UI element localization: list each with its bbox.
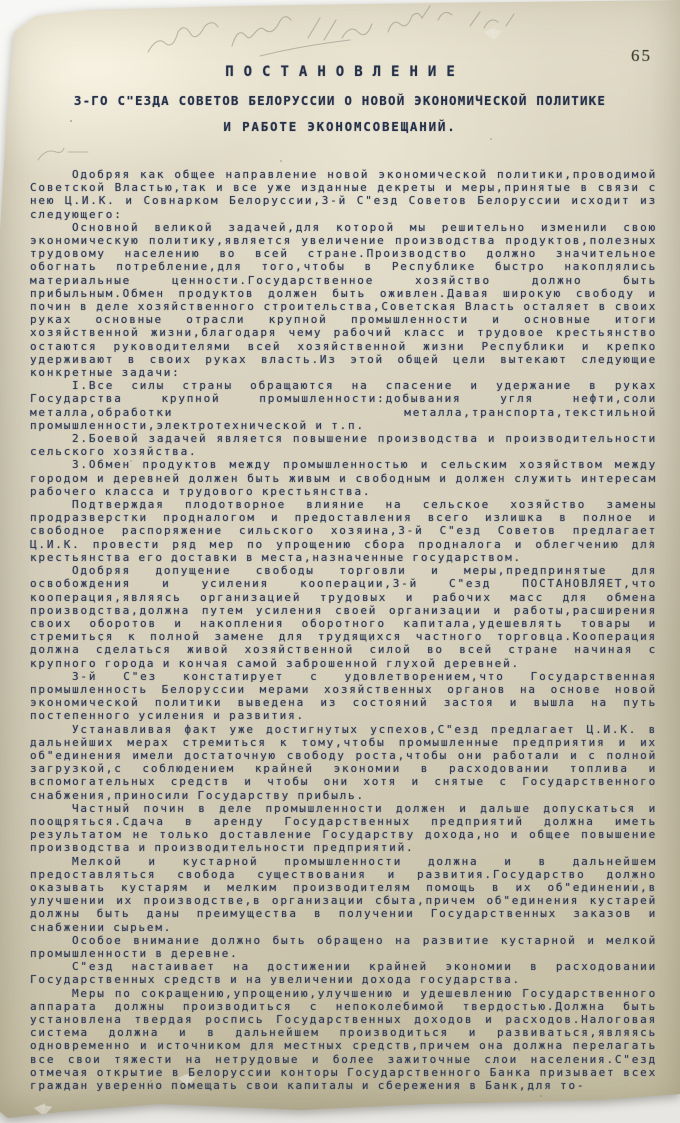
document-subtitle-line1: 3-ГО С"ЕЗДА СОВЕТОВ БЕЛОРУССИИ О НОВОЙ Э… [0, 93, 680, 108]
document-scan: 65 ПОСТАНОВЛЕНИЕ 3-ГО С"ЕЗДА СОВЕТОВ БЕЛ… [0, 0, 680, 1123]
page-number: 65 [631, 46, 652, 66]
page-content: 65 ПОСТАНОВЛЕНИЕ 3-ГО С"ЕЗДА СОВЕТОВ БЕЛ… [0, 0, 680, 1123]
paragraph-9: Устанавливая факт уже достигнутых успехо… [30, 723, 657, 802]
document-page: 65 ПОСТАНОВЛЕНИЕ 3-ГО С"ЕЗДА СОВЕТОВ БЕЛ… [0, 0, 680, 1123]
paragraph-12: Особое внимание должно быть обращено на … [30, 934, 657, 960]
paragraph-6: Подтверждая плодотворное влияние на сель… [30, 498, 657, 564]
paragraph-8: 3-й С"ез констатирует с удовлетворением,… [30, 670, 657, 723]
paragraph-11: Мелкой и кустарной промышленности должна… [30, 855, 657, 934]
paragraph-4: 2.Боевой задачей является повышение прои… [30, 432, 657, 458]
handwritten-pencil-note [140, 4, 560, 66]
paragraph-7: Одобряя допущение свободы торговли и мер… [30, 564, 657, 670]
paragraph-2: Основной великой задачей,для которой мы … [30, 221, 657, 379]
paragraph-3: I.Все силы страны обращаются на спасение… [30, 379, 657, 432]
paragraph-1: Одобряя как общее направление новой экон… [30, 168, 657, 221]
document-body: Одобряя как общее направление новой экон… [30, 168, 657, 1092]
document-title: ПОСТАНОВЛЕНИЕ [0, 64, 680, 80]
paragraph-5: 3.Обмен продуктов между промышленностью … [30, 458, 657, 498]
paragraph-14: Меры по сокращению,упрощению,улучшению и… [30, 987, 657, 1093]
paragraph-13: С"езд настаивает на достижении крайней э… [30, 960, 657, 986]
scanned-document-photo: { "page": { "number": "65" }, "title": {… [0, 0, 680, 1123]
margin-pencil-mark [34, 142, 94, 168]
document-header: ПОСТАНОВЛЕНИЕ 3-ГО С"ЕЗДА СОВЕТОВ БЕЛОРУ… [0, 64, 680, 134]
document-subtitle-line2: И РАБОТЕ ЭКОНОМСОВЕЩАНИЙ. [0, 119, 680, 134]
paragraph-10: Частный почин в деле промышленности долж… [30, 802, 657, 855]
